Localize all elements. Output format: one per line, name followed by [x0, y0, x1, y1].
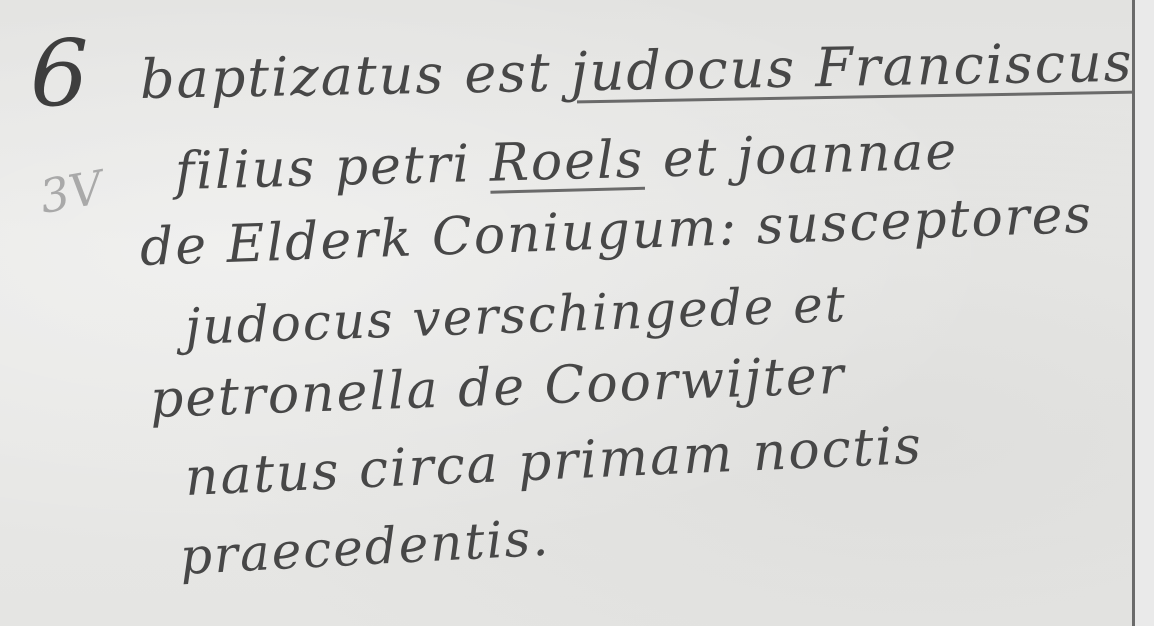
- manuscript-page: 6 3V baptizatus est judocus Franciscus f…: [0, 0, 1154, 626]
- child-name: judocus Franciscus: [570, 31, 1134, 104]
- text-line-4: judocus verschingede et: [184, 275, 848, 356]
- adjacent-page-edge: [1135, 0, 1154, 626]
- line-1-segment-1: baptizatus est: [139, 40, 571, 111]
- text-line-1: baptizatus est judocus Franciscus: [139, 31, 1134, 111]
- entry-number: 6: [30, 28, 89, 120]
- text-line-7: praecedentis.: [178, 509, 551, 586]
- text-line-2: filius petri Roels et joannae: [174, 122, 959, 202]
- line-7-text: praecedentis.: [178, 509, 551, 586]
- text-line-6: natus circa primam noctis: [184, 416, 924, 508]
- line-5-text: petronella de Coorwijter: [149, 346, 846, 430]
- margin-note: 3V: [36, 160, 107, 224]
- family-name: Roels: [489, 130, 645, 194]
- line-4-text: judocus verschingede et: [184, 275, 848, 356]
- text-line-5: petronella de Coorwijter: [149, 346, 846, 430]
- line-6-text: natus circa primam noctis: [184, 416, 924, 508]
- line-2-segment-1: filius petri: [174, 134, 490, 202]
- line-2-segment-3: et joannae: [643, 122, 958, 190]
